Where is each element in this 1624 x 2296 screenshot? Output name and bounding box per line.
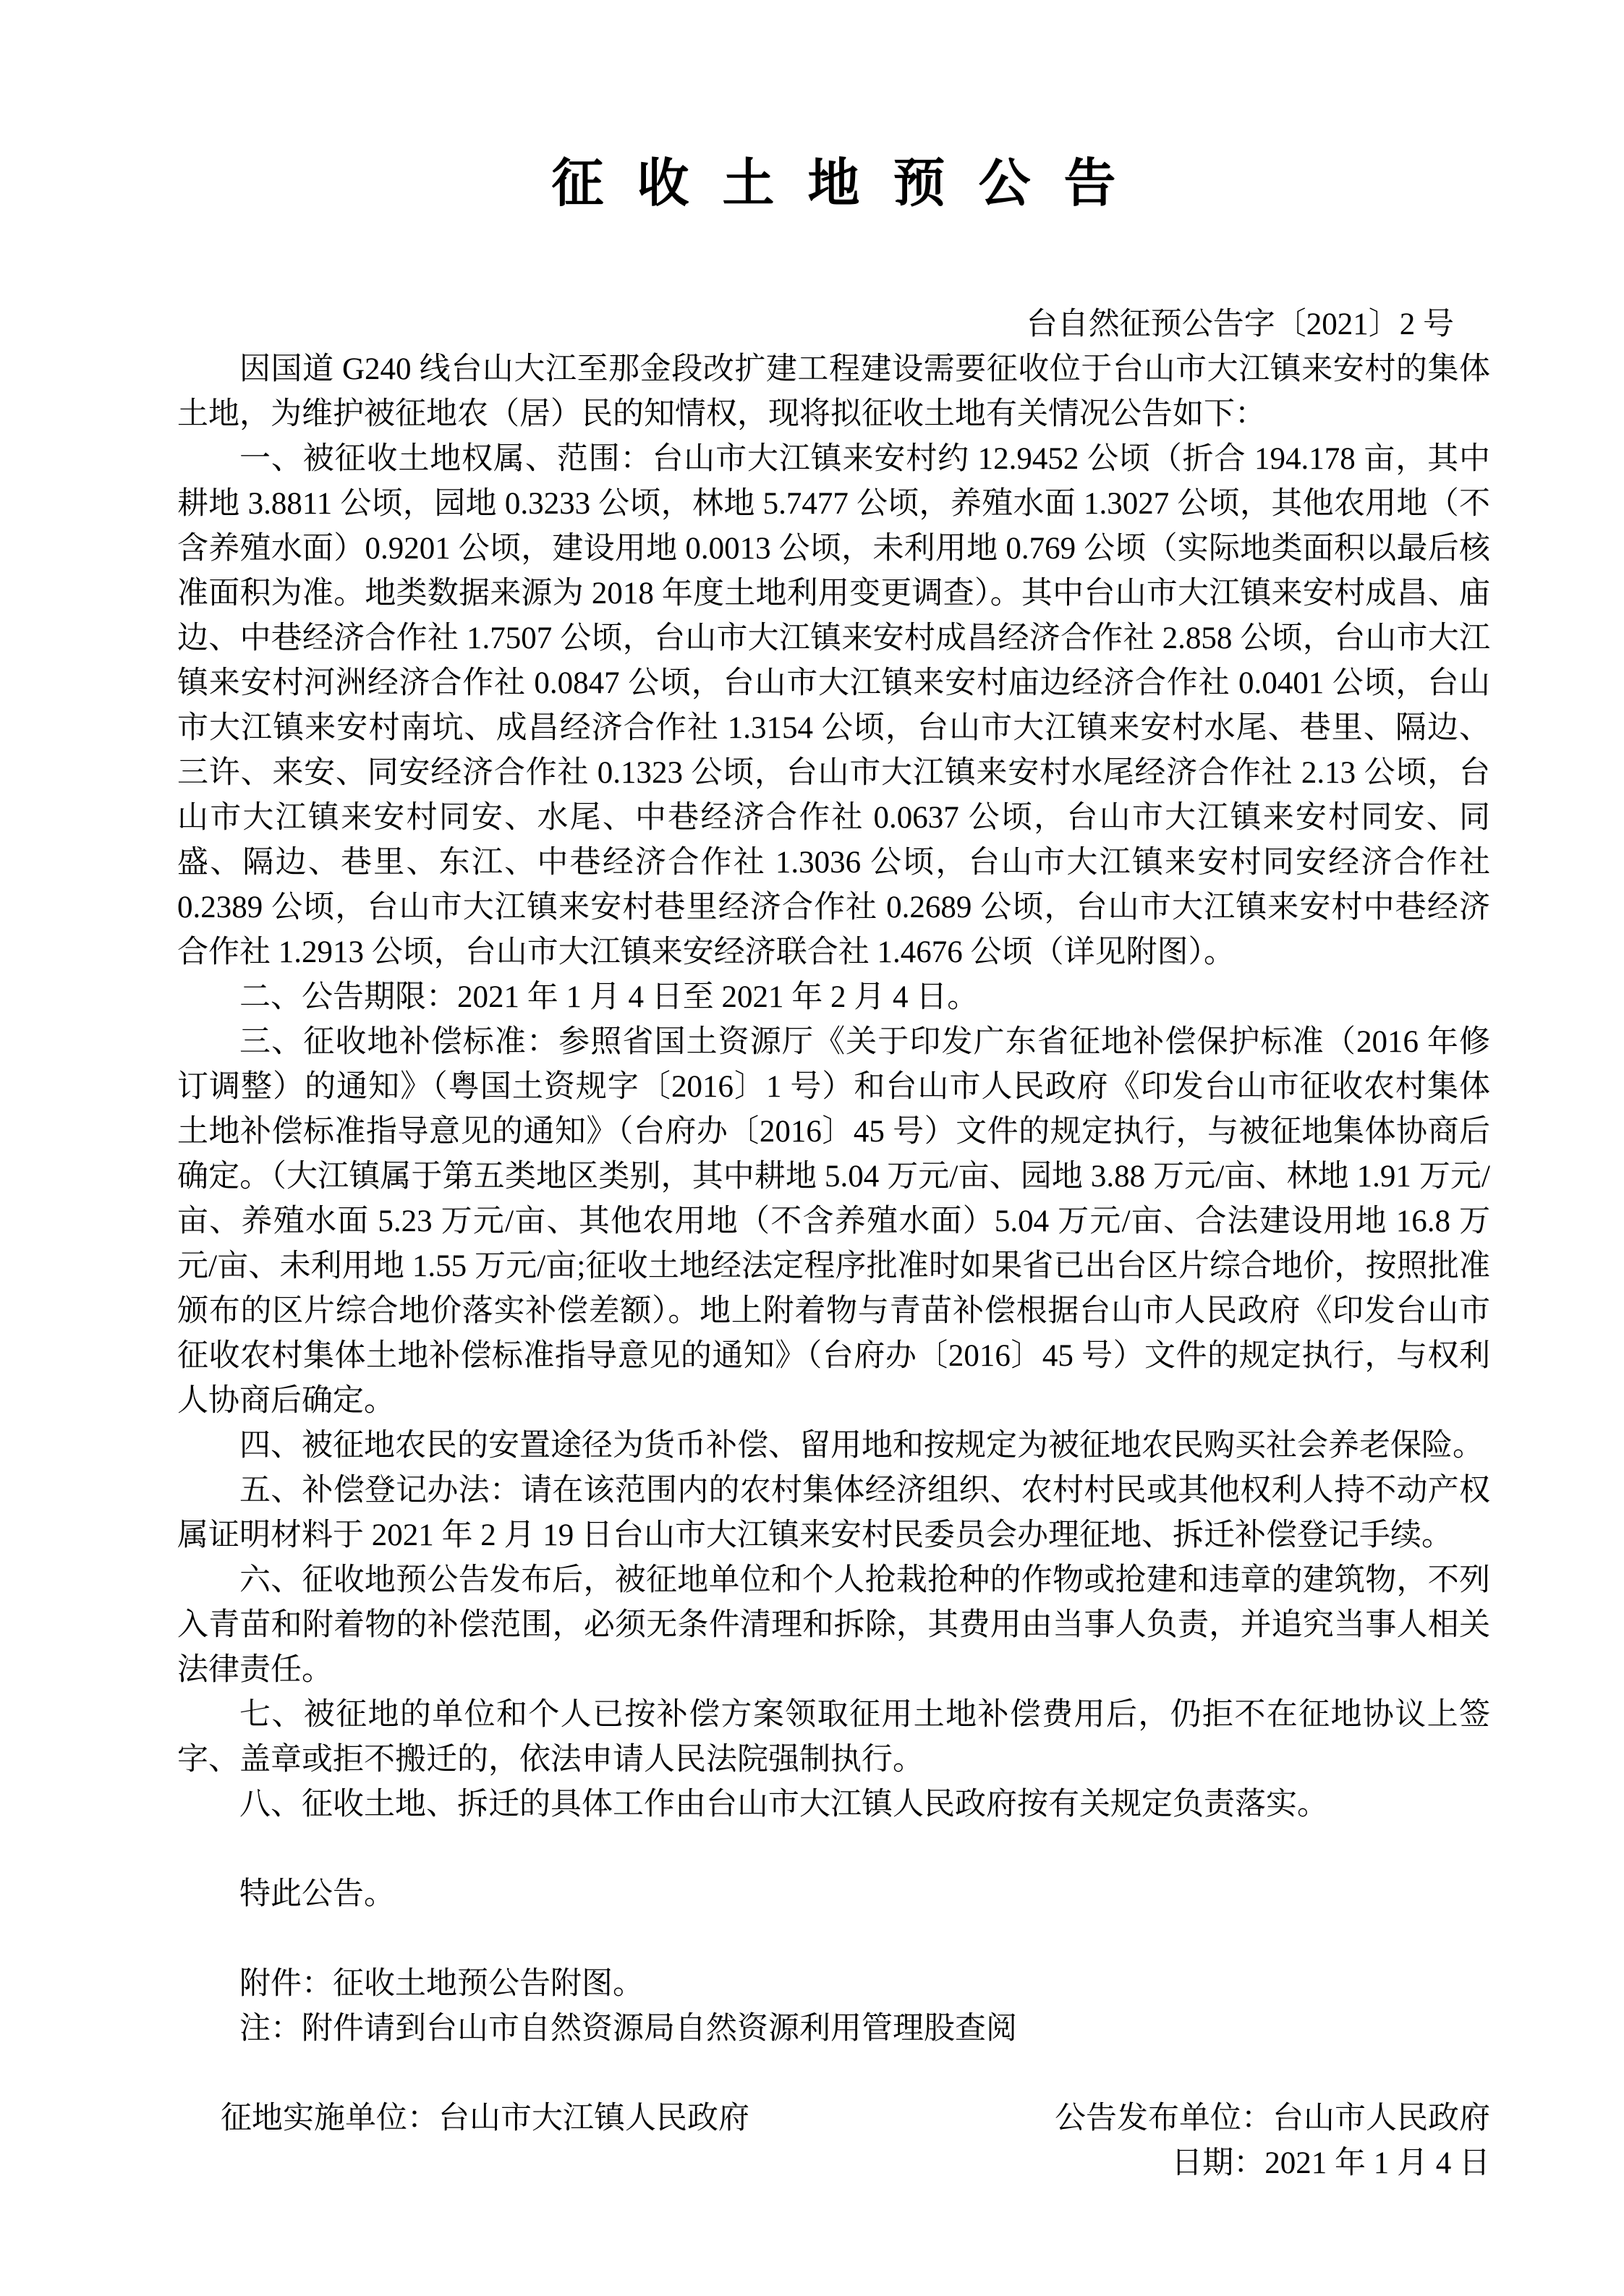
paragraph-section-2: 二、公告期限：2021 年 1 月 4 日至 2021 年 2 月 4 日。 bbox=[177, 975, 1490, 1020]
note-line: 注：附件请到台山市自然资源局自然资源利用管理股查阅 bbox=[177, 2007, 1490, 2051]
document-number: 台自然征预公告字〔2021〕2 号 bbox=[177, 302, 1490, 347]
closing-statement: 特此公告。 bbox=[177, 1872, 1490, 1917]
issue-date: 日期：2021 年 1 月 4 日 bbox=[1055, 2141, 1490, 2186]
implementing-unit: 征地实施单位：台山市大江镇人民政府 bbox=[221, 2096, 749, 2141]
issuing-unit-block: 公告发布单位：台山市人民政府 日期：2021 年 1 月 4 日 bbox=[1055, 2096, 1490, 2186]
paragraph-section-4: 四、被征地农民的安置途径为货币补偿、留用地和按规定为被征地农民购买社会养老保险。 bbox=[177, 1424, 1490, 1468]
issuing-unit: 公告发布单位：台山市人民政府 bbox=[1055, 2096, 1490, 2141]
paragraph-section-1: 一、被征收土地权属、范围：台山市大江镇来安村约 12.9452 公顷（折合 19… bbox=[177, 437, 1490, 975]
paragraph-section-3: 三、征收地补偿标准：参照省国土资源厅《关于印发广东省征地补偿保护标准（2016 … bbox=[177, 1020, 1490, 1424]
announcement-body: 因国道 G240 线台山大江至那金段改扩建工程建设需要征收位于台山市大江镇来安村… bbox=[177, 347, 1490, 2051]
attachment-line: 附件：征收土地预公告附图。 bbox=[177, 1962, 1490, 2007]
paragraph-section-6: 六、征收地预公告发布后，被征地单位和个人抢栽抢种的作物或抢建和违章的建筑物，不列… bbox=[177, 1558, 1490, 1693]
page-title: 征收土地预公告 bbox=[177, 158, 1490, 210]
paragraph-section-7: 七、被征地的单位和个人已按补偿方案领取征用土地补偿费用后，仍拒不在征地协议上签字… bbox=[177, 1693, 1490, 1782]
announcement-page: 征收土地预公告 台自然征预公告字〔2021〕2 号 因国道 G240 线台山大江… bbox=[0, 0, 1624, 2296]
signature-block: 征地实施单位：台山市大江镇人民政府 公告发布单位：台山市人民政府 日期：2021… bbox=[177, 2096, 1490, 2186]
paragraph-section-8: 八、征收土地、拆迁的具体工作由台山市大江镇人民政府按有关规定负责落实。 bbox=[177, 1782, 1490, 1827]
paragraph-section-5: 五、补偿登记办法：请在该范围内的农村集体经济组织、农村村民或其他权利人持不动产权… bbox=[177, 1468, 1490, 1558]
paragraph-intro: 因国道 G240 线台山大江至那金段改扩建工程建设需要征收位于台山市大江镇来安村… bbox=[177, 347, 1490, 437]
